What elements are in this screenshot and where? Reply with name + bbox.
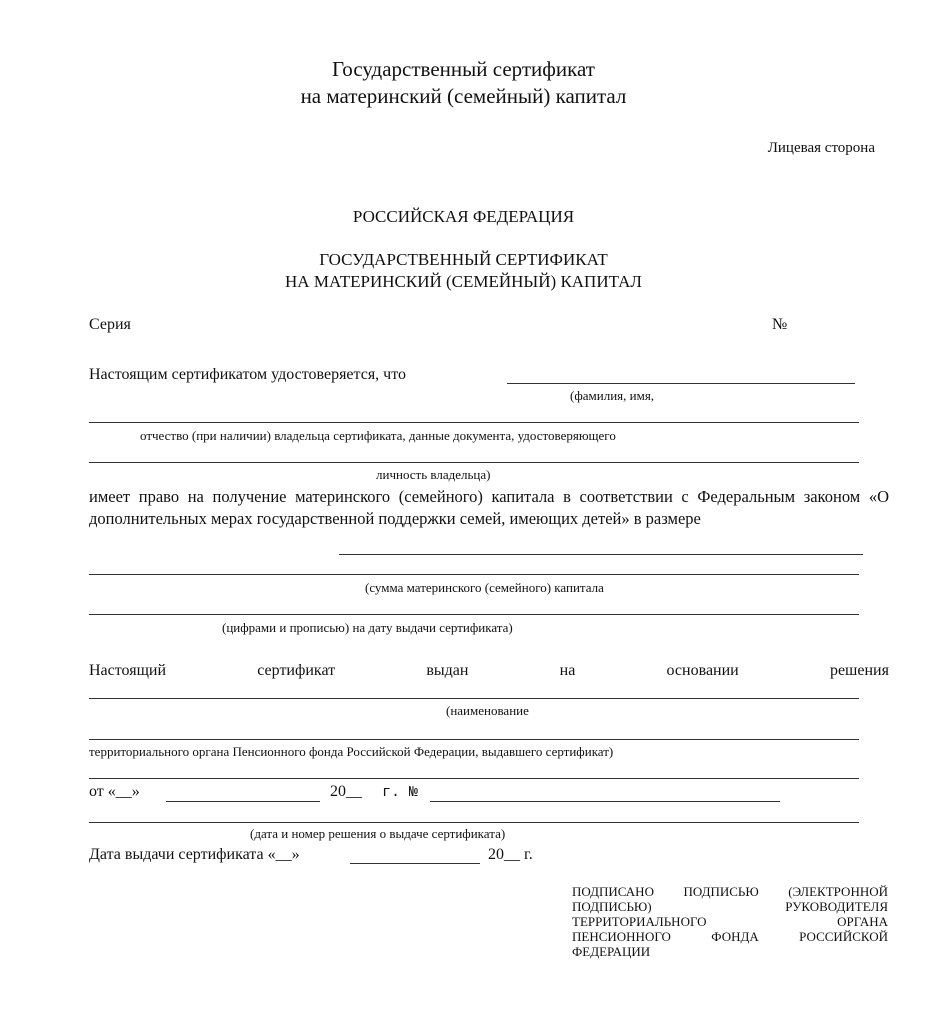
org-name-field-line-2[interactable] xyxy=(89,739,859,740)
title-line-2: на материнский (семейный) капитал xyxy=(0,83,927,110)
signature-line: ПЕНСИОННОГО ФОНДА РОССИЙСКОЙ xyxy=(572,929,888,944)
hint-name: (фамилия, имя, xyxy=(570,388,654,404)
document-title: Государственный сертификат на матерински… xyxy=(0,56,927,110)
word: на xyxy=(560,662,576,680)
signature-line: ПОДПИСАНО ПОДПИСЬЮ (ЭЛЕКТРОННОЙ xyxy=(572,884,888,899)
word: Настоящий xyxy=(89,662,166,680)
org-name-field-line-3[interactable] xyxy=(89,778,859,779)
hint-amount: (сумма материнского (семейного) капитала xyxy=(365,580,604,596)
amount-words-field[interactable] xyxy=(89,614,859,615)
heading-line-2: НА МАТЕРИНСКИЙ (СЕМЕЙНЫЙ) КАПИТАЛ xyxy=(0,271,927,293)
word: решения xyxy=(830,662,889,680)
decision-number-field[interactable] xyxy=(430,801,780,802)
rights-paragraph: имеет право на получение материнского (с… xyxy=(89,486,889,530)
decision-g-label: г. № xyxy=(382,784,418,801)
decision-field-line-2[interactable] xyxy=(89,822,859,823)
decision-year: 20__ xyxy=(330,783,362,801)
hint-patronymic: отчество (при наличии) владельца сертифи… xyxy=(140,428,616,444)
country-heading: РОССИЙСКАЯ ФЕДЕРАЦИЯ xyxy=(0,206,927,228)
issue-date-label: Дата выдачи сертификата «__» xyxy=(89,846,300,864)
hint-org: (наименование xyxy=(446,703,529,719)
heading-line-1: ГОСУДАРСТВЕННЫЙ СЕРТИФИКАТ xyxy=(0,249,927,271)
decision-from-label: от «__» xyxy=(89,783,140,801)
side-label: Лицевая сторона xyxy=(768,140,875,157)
title-line-1: Государственный сертификат xyxy=(0,56,927,83)
word: основании xyxy=(667,662,739,680)
hint-org-2: территориального органа Пенсионного фонд… xyxy=(89,744,613,760)
org-name-field[interactable] xyxy=(89,698,859,699)
issue-year: 20__ г. xyxy=(488,846,533,864)
series-label: Серия xyxy=(89,316,131,334)
owner-name-field[interactable] xyxy=(507,383,855,384)
issued-basis-line: Настоящий сертификат выдан на основании … xyxy=(89,662,889,680)
decision-month-field[interactable] xyxy=(166,801,320,802)
issue-month-field[interactable] xyxy=(350,863,480,864)
signature-line: ТЕРРИТОРИАЛЬНОГО ОРГАНА xyxy=(572,914,888,929)
owner-identity-field[interactable] xyxy=(89,462,859,463)
certificate-heading: ГОСУДАРСТВЕННЫЙ СЕРТИФИКАТ НА МАТЕРИНСКИ… xyxy=(0,249,927,293)
word: выдан xyxy=(426,662,468,680)
owner-patronymic-field[interactable] xyxy=(89,422,859,423)
number-label: № xyxy=(772,316,787,334)
rights-text: имеет право на получение материнского (с… xyxy=(89,487,889,528)
hint-identity: личность владельца) xyxy=(376,467,490,483)
signature-line: ПОДПИСЬЮ) РУКОВОДИТЕЛЯ xyxy=(572,899,888,914)
hint-amount-words: (цифрами и прописью) на дату выдачи серт… xyxy=(222,620,513,636)
certify-text: Настоящим сертификатом удостоверяется, ч… xyxy=(89,366,406,384)
hint-decision: (дата и номер решения о выдаче сертифика… xyxy=(250,826,505,842)
amount-field-line-2[interactable] xyxy=(89,574,859,575)
signature-block: ПОДПИСАНО ПОДПИСЬЮ (ЭЛЕКТРОННОЙ ПОДПИСЬЮ… xyxy=(572,884,888,959)
amount-field[interactable] xyxy=(339,554,863,555)
signature-line: ФЕДЕРАЦИИ xyxy=(572,944,888,959)
word: сертификат xyxy=(257,662,335,680)
